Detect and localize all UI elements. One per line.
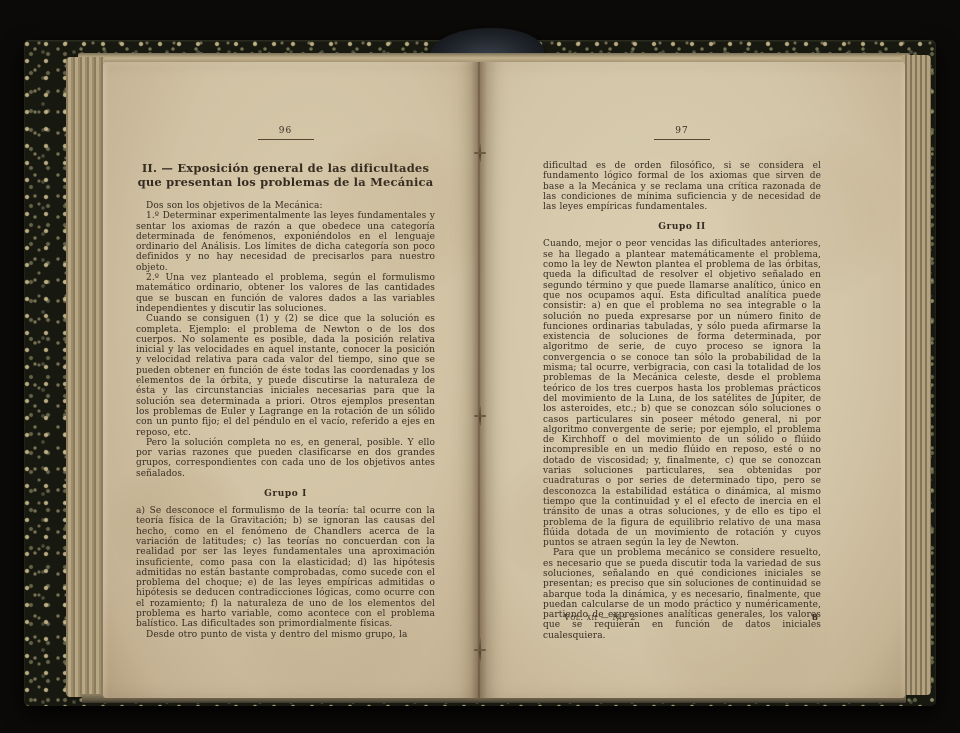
right-page-body: dificultad es de orden filosófico, si se… [543, 161, 821, 641]
page-number-rule [654, 139, 710, 140]
section-heading-line2: que presentan los problemas de la Mecáni… [136, 175, 435, 189]
page-number-rule [258, 139, 314, 140]
paragraph-objective-1: 1.º Determinar experimentalmente las ley… [136, 211, 435, 273]
stitch-thread-top [476, 144, 484, 162]
signature-mark: 8 [812, 613, 818, 623]
book-cover: 96 II. — Exposición general de las dific… [24, 40, 936, 706]
stitch-thread-middle [476, 406, 484, 426]
page-number-left: 96 [136, 126, 435, 136]
section-heading: II. — Exposición general de las dificult… [136, 161, 435, 189]
paragraph-two-groups: Pero la solución completa no es, en gene… [136, 438, 435, 479]
page-number-right: 97 [543, 126, 821, 136]
paragraph-resolved-conditions: Para que un problema mecánico se conside… [543, 548, 821, 641]
paragraph-left-last: Desde otro punto de vista y dentro del m… [136, 630, 435, 640]
paragraph-continuation: dificultad es de orden filosófico, si se… [543, 161, 821, 212]
group-2-heading: Grupo II [543, 222, 821, 232]
page-right: 97 dificultad es de orden filosófico, si… [480, 62, 905, 698]
paragraph-group1-cases: a) Se desconoce el formulismo de la teor… [136, 506, 435, 630]
paragraph-objective-2: 2.º Una vez planteado el problema, según… [136, 273, 435, 314]
group-1-heading: Grupo I [136, 489, 435, 499]
section-heading-line1: II. — Exposición general de las dificult… [136, 161, 435, 175]
page-edges-right [902, 55, 931, 695]
paragraph-intro: Dos son los objetivos de la Mecánica: [136, 201, 435, 211]
paragraph-complete-solution: Cuando se consiguen (1) y (2) se dice qu… [136, 314, 435, 438]
paragraph-group2-cases: Cuando, mejor o peor vencidas las dificu… [543, 239, 821, 548]
page-edges-left [66, 57, 104, 697]
footer-volume-label: Vol. xii — N.º 2 [564, 613, 636, 622]
left-page-body: Dos son los objetivos de la Mecánica: 1.… [136, 201, 435, 640]
page-left: 96 II. — Exposición general de las dific… [103, 62, 480, 698]
stitch-thread-bottom [476, 638, 484, 662]
